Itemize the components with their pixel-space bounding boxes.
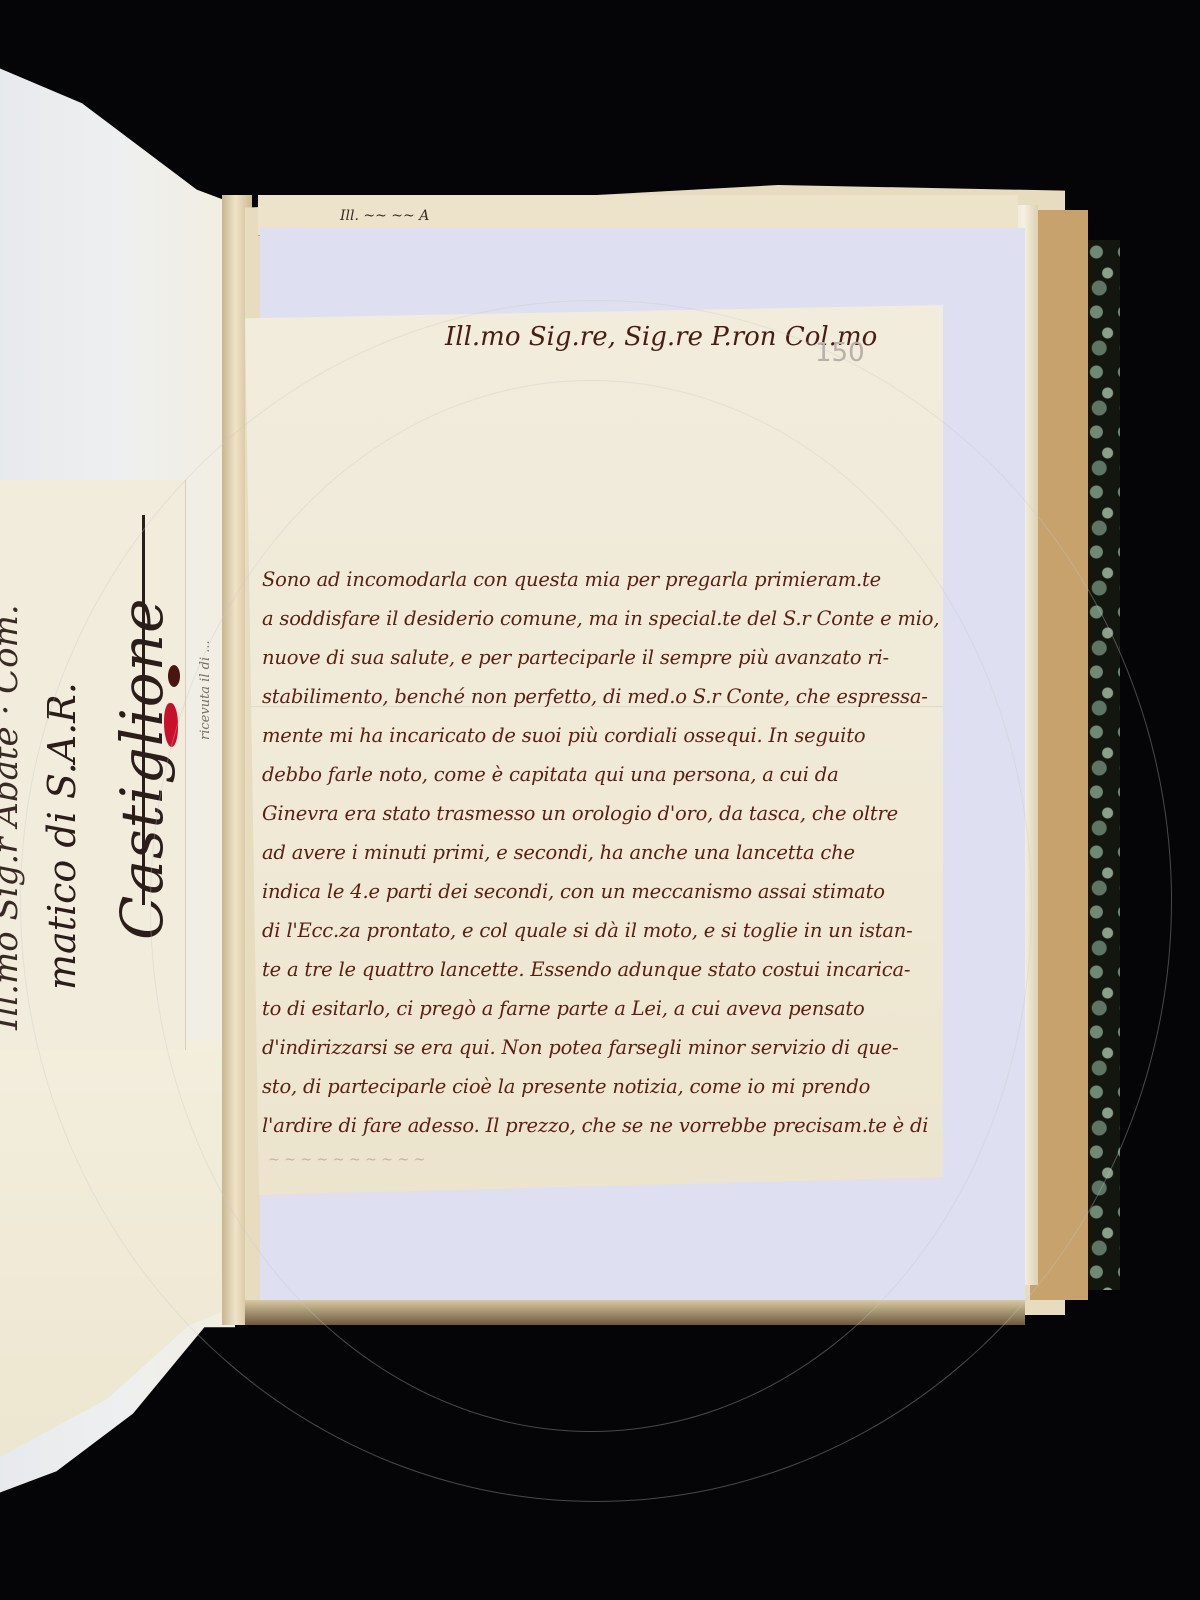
letter-line: Sono ad incomodarla con questa mia per p… <box>262 560 940 599</box>
letter-line: debbo farle noto, come è capitata qui un… <box>262 755 940 794</box>
archive-note: ricevuta il di ... <box>198 640 213 740</box>
address-line: Ill.mo Sig.r Abate · Com. <box>0 604 26 1030</box>
red-wax-seal-icon <box>164 703 178 747</box>
address-title: matico di S.A.R. <box>40 682 84 990</box>
binder-back-board <box>1030 210 1088 1300</box>
letter-line: te a tre le quattro lancette. Essendo ad… <box>262 950 940 989</box>
letter-line: mente mi ha incaricato de suoi più cordi… <box>262 716 940 755</box>
letter-line: d'indirizzarsi se era qui. Non potea far… <box>262 1028 940 1067</box>
letter-line: Ginevra era stato trasmesso un orologio … <box>262 794 940 833</box>
marbled-cover-edge <box>1088 240 1120 1290</box>
ink-bleed-through: ~ ~ ~ ~ ~ ~ ~ ~ ~ ~ <box>268 1152 425 1168</box>
letter-body: Sono ad incomodarla con questa mia per p… <box>262 560 940 1145</box>
letter-line: indica le 4.e parti dei secondi, con un … <box>262 872 940 911</box>
letter-line: to di esitarlo, ci pregò a farne parte a… <box>262 989 940 1028</box>
letter-line: di l'Ecc.za prontato, e col quale si dà … <box>262 911 940 950</box>
top-strip-scribble: Ill. ~~ ~~ A <box>340 208 429 224</box>
address-name: Castiglione <box>108 598 176 940</box>
letter-line: ad avere i minuti primi, e secondi, ha a… <box>262 833 940 872</box>
letter-line: sto, di parteciparle cioè la presente no… <box>262 1067 940 1106</box>
left-page-lower <box>0 1040 235 1500</box>
letter-line: l'ardire di fare adesso. Il prezzo, che … <box>262 1106 940 1145</box>
wax-seal-remnant-icon <box>168 665 180 687</box>
bottom-page-edge <box>245 1300 1025 1325</box>
letter-line: stabilimento, benché non perfetto, di me… <box>262 677 940 716</box>
folio-number: 150 <box>815 338 865 368</box>
letter-line: nuove di sua salute, e per parteciparle … <box>262 638 940 677</box>
letter-salutation: Ill.mo Sig.re, Sig.re P.ron Col.mo <box>445 322 877 352</box>
letter-line: a soddisfare il desiderio comune, ma in … <box>262 599 940 638</box>
